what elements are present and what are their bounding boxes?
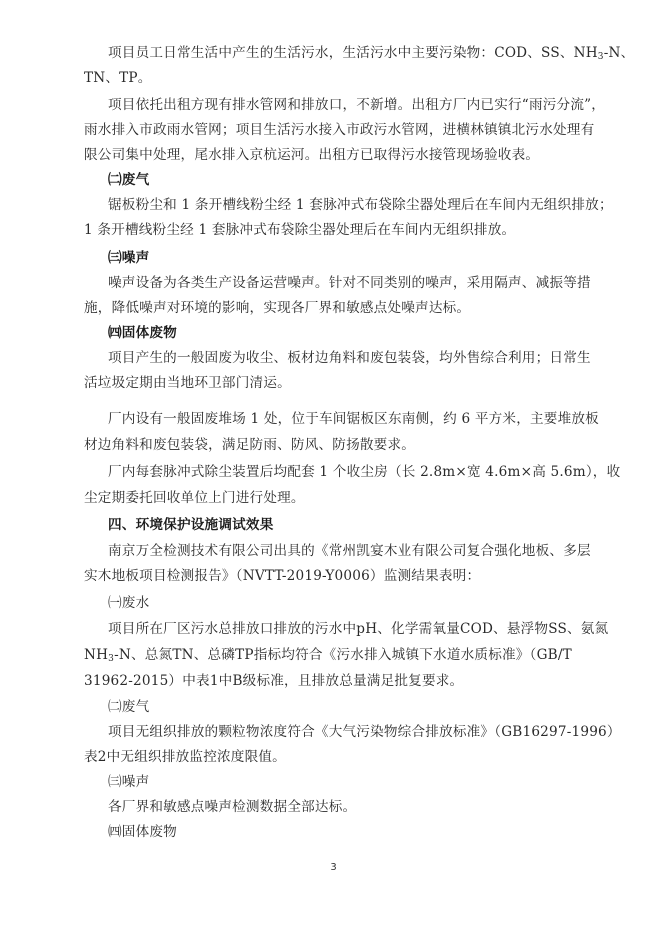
text: -N、总氮TN、总磷TP指标均符合《污水排入城镇下水道水质标准》（GB/T (114, 647, 572, 663)
heading-result-noise: ㈢噪声 (108, 772, 608, 792)
paragraph-wastewater-line-1: 项目所在厂区污水总排放口排放的污水中pH、化学需氧量COD、悬浮物SS、氨氮 (108, 619, 608, 639)
paragraph-drainage-line-1: 项目依托出租方现有排水管网和排放口，不新增。出租方厂内已实行“雨污分流”， (108, 95, 608, 115)
paragraph-particulate-line-2: 表2中无组织排放监控浓度限值。 (84, 747, 584, 767)
paragraph-solid-waste-line-2: 活垃圾定期由当地环卫部门清运。 (84, 373, 584, 393)
paragraph-wastewater-line-2: NH3-N、总氮TN、总磷TP指标均符合《污水排入城镇下水道水质标准》（GB/T (84, 645, 584, 669)
paragraph-storage-line-2: 材边角料和废包装袋，满足防雨、防风、防扬散要求。 (84, 435, 584, 455)
paragraph-drainage-line-2: 雨水排入市政雨水管网；项目生活污水接入市政污水管网，进横林镇镇北污水处理有 (84, 120, 584, 140)
heading-solid-waste: ㈣固体废物 (108, 323, 608, 343)
heading-section-4: 四、环境保护设施调试效果 (108, 515, 608, 535)
paragraph-domestic-sewage-line-2: TN、TP。 (84, 68, 584, 88)
paragraph-storage-line-1: 厂内设有一般固废堆场 1 处，位于车间锯板区东南侧，约 6 平方米，主要堆放板 (108, 409, 608, 429)
paragraph-dust-room-line-2: 尘定期委托回收单位上门进行处理。 (84, 488, 584, 508)
paragraph-dust-line-2: 1 条开槽线粉尘经 1 套脉冲式布袋除尘器处理后在车间内无组织排放。 (84, 220, 584, 240)
paragraph-solid-waste-line-1: 项目产生的一般固废为收尘、板材边角料和废包装袋，均外售综合利用；日常生 (108, 348, 608, 368)
paragraph-noise-line-1: 噪声设备为各类生产设备运营噪声。针对不同类别的噪声，采用隔声、减振等措 (108, 273, 608, 293)
heading-noise: ㈢噪声 (108, 248, 608, 268)
paragraph-report-line-1: 南京万全检测技术有限公司出具的《常州凯宴木业有限公司复合强化地板、多层 (108, 541, 608, 561)
paragraph-noise-result: 各厂界和敏感点噪声检测数据全部达标。 (108, 797, 608, 817)
paragraph-domestic-sewage-line-1: 项目员工日常生活中产生的生活污水，生活污水中主要污染物：COD、SS、NH3-N… (108, 43, 608, 67)
paragraph-drainage-line-3: 限公司集中处理，尾水排入京杭运河。出租方已取得污水接管现场验收表。 (84, 145, 584, 165)
paragraph-particulate-line-1: 项目无组织排放的颗粒物浓度符合《大气污染物综合排放标准》（GB16297-199… (108, 722, 608, 742)
heading-result-solid-waste: ㈣固体废物 (108, 822, 608, 842)
document-page: 项目员工日常生活中产生的生活污水，生活污水中主要污染物：COD、SS、NH3-N… (0, 0, 667, 934)
paragraph-noise-line-2: 施，降低噪声对环境的影响，实现各厂界和敏感点处噪声达标。 (84, 298, 584, 318)
text: NH (84, 647, 108, 663)
paragraph-dust-line-1: 锯板粉尘和 1 条开槽线粉尘经 1 套脉冲式布袋除尘器处理后在车间内无组织排放； (108, 195, 608, 215)
paragraph-dust-room-line-1: 厂内每套脉冲式除尘装置后均配套 1 个收尘房（长 2.8m×宽 4.6m×高 5… (108, 462, 608, 482)
page-number: 3 (0, 862, 667, 873)
heading-waste-gas: ㈡废气 (108, 170, 608, 190)
text: 项目员工日常生活中产生的生活污水，生活污水中主要污染物：COD、SS、NH (108, 45, 598, 61)
paragraph-wastewater-line-3: 31962-2015）中表1中B级标准，且排放总量满足批复要求。 (84, 671, 584, 691)
heading-result-wastewater: ㈠废水 (108, 593, 608, 613)
paragraph-report-line-2: 实木地板项目检测报告》（NVTT-2019-Y0006）监测结果表明： (84, 566, 584, 586)
text: -N、 (604, 45, 635, 61)
heading-result-waste-gas: ㈡废气 (108, 697, 608, 717)
